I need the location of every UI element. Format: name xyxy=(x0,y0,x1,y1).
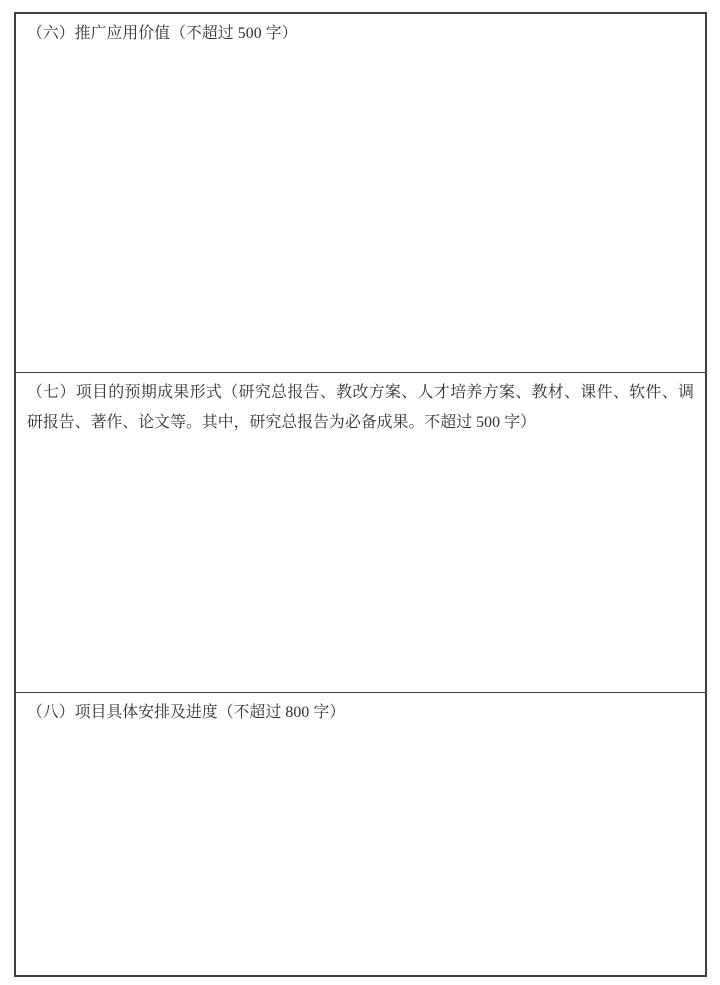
application-form-table: （六）推广应用价值（不超过 500 字） （七）项目的预期成果形式（研究总报告、… xyxy=(14,12,707,977)
section-promotion-application-value-content xyxy=(16,49,705,372)
section-expected-outcomes-content xyxy=(16,438,705,692)
section-schedule-progress-title: （八）项目具体安排及进度（不超过 800 字） xyxy=(16,693,705,728)
form-page: （六）推广应用价值（不超过 500 字） （七）项目的预期成果形式（研究总报告、… xyxy=(0,0,720,985)
section-expected-outcomes-title: （七）项目的预期成果形式（研究总报告、教改方案、人才培养方案、教材、课件、软件、… xyxy=(16,373,705,438)
section-expected-outcomes: （七）项目的预期成果形式（研究总报告、教改方案、人才培养方案、教材、课件、软件、… xyxy=(16,372,705,692)
section-promotion-application-value-title: （六）推广应用价值（不超过 500 字） xyxy=(16,14,705,49)
section-promotion-application-value: （六）推广应用价值（不超过 500 字） xyxy=(16,14,705,372)
section-schedule-progress: （八）项目具体安排及进度（不超过 800 字） xyxy=(16,692,705,975)
section-schedule-progress-content xyxy=(16,728,705,975)
